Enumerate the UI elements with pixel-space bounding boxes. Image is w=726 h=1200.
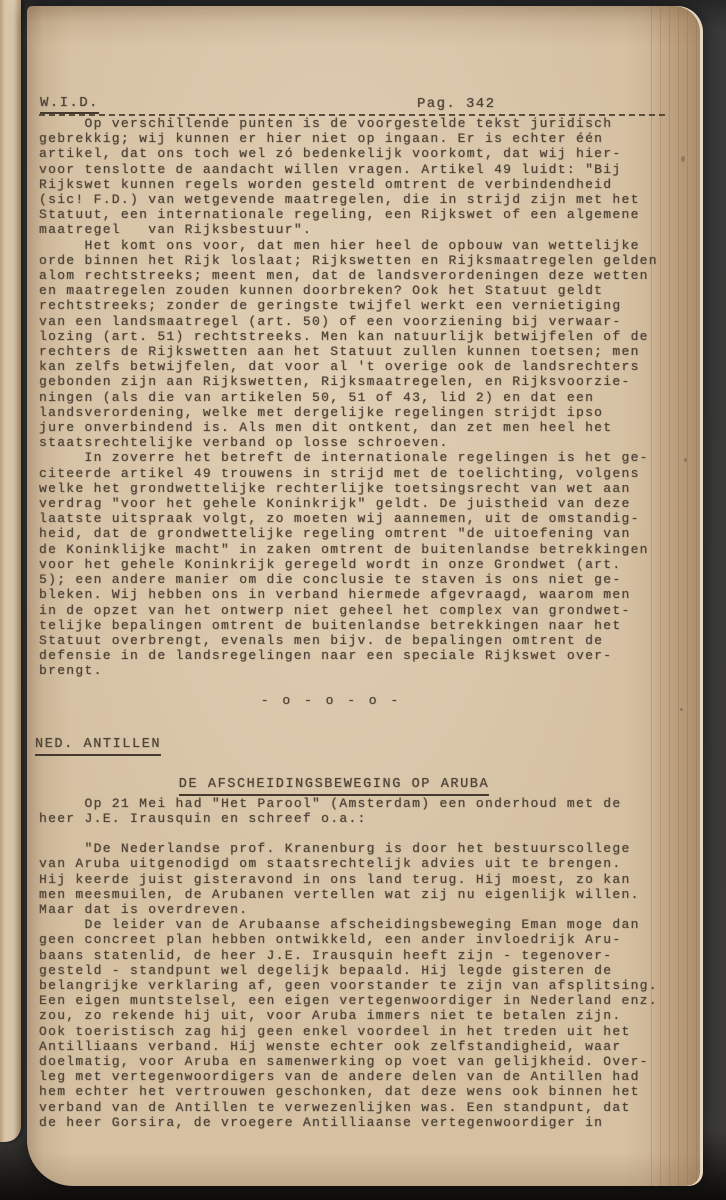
dashed-rule — [39, 114, 665, 116]
rubric-row: NED. ANTILLEN — [39, 734, 679, 756]
paper-speck — [684, 458, 687, 462]
headline-row: DE AFSCHEIDINGSBEWEGING OP ARUBA — [14, 774, 654, 796]
page-number: Pag. 342 — [417, 96, 495, 112]
article-title: DE AFSCHEIDINGSBEWEGING OP ARUBA — [179, 777, 489, 796]
body-text-section-2: Op 21 Mei had "Het Parool" (Amsterdam) e… — [39, 796, 679, 1130]
paper-speck — [680, 708, 683, 711]
section-divider: - o - o - o - — [11, 693, 651, 708]
paper-sheet: W.I.D. Pag. 342 Op verschillende punten … — [27, 6, 703, 1186]
doc-header: W.I.D. Pag. 342 — [39, 94, 679, 116]
paper-speck — [681, 156, 685, 162]
section-rubric: NED. ANTILLEN — [35, 737, 161, 756]
typed-content: W.I.D. Pag. 342 Op verschillende punten … — [39, 6, 679, 1130]
journal-code: W.I.D. — [40, 95, 99, 114]
body-text-section-1: Op verschillende punten is de voorgestel… — [39, 116, 679, 679]
underlying-page-edge — [0, 0, 21, 1142]
